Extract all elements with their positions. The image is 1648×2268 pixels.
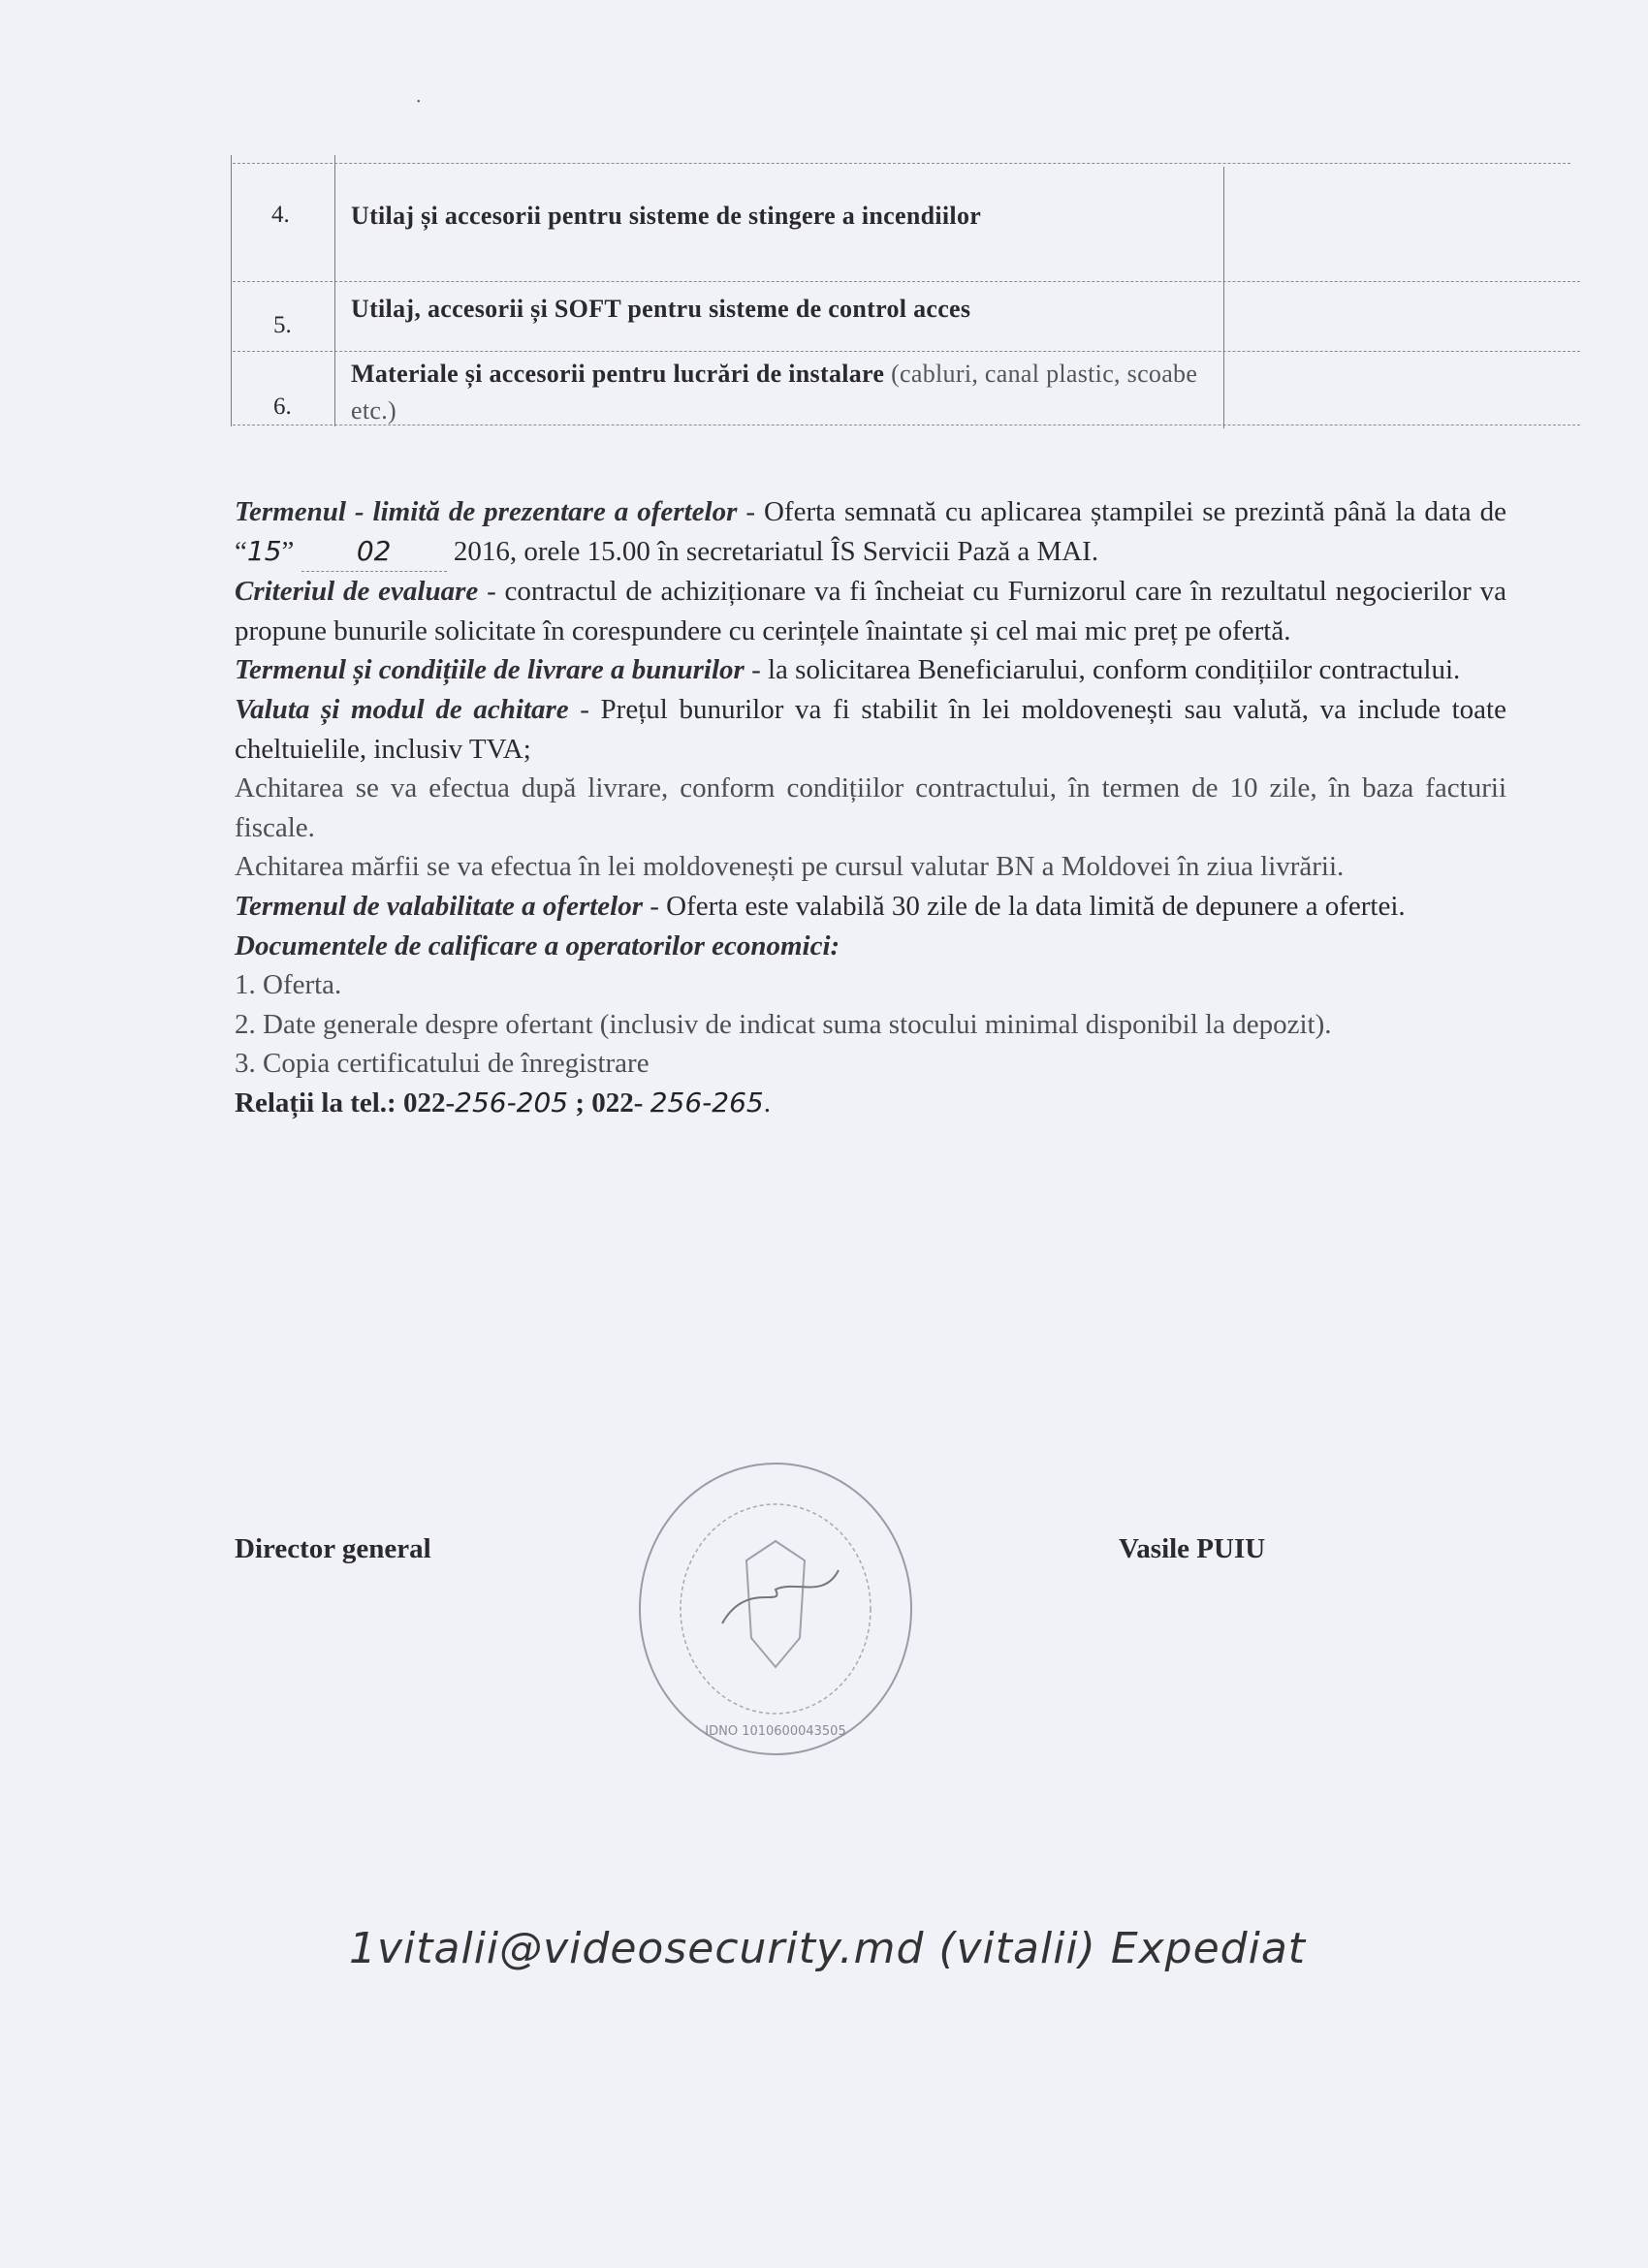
payment-paragraph-1: Achitarea se va efectua după livrare, co… [235, 769, 1506, 847]
row-description: Materiale și accesorii pentru lucrări de… [351, 356, 1204, 429]
row-description: Utilaj, accesorii și SOFT pentru sisteme… [351, 295, 970, 324]
deadline-quote: ” [282, 536, 301, 567]
deadline-month: 02 [301, 532, 447, 573]
deadline-day: 15 [247, 535, 282, 567]
row-description-main: Materiale și accesorii pentru lucrări de… [351, 360, 884, 388]
qualification-item: 1. Oferta. [235, 965, 1506, 1005]
signatory-title: Director general [235, 1533, 431, 1565]
validity-text: - Oferta este valabilă 30 zile de la dat… [643, 891, 1406, 922]
phone-1: 256-205 [455, 1087, 568, 1118]
handwritten-note: 1vitalii@videosecurity.md (vitalii) Expe… [349, 1924, 1306, 1973]
delivery-text: - la solicitarea Beneficiarului, conform… [745, 654, 1460, 685]
deadline-paragraph: Termenul - limită de prezentare a oferte… [235, 492, 1506, 572]
validity-paragraph: Termenul de valabilitate a ofertelor - O… [235, 887, 1506, 927]
qualification-label: Documentele de calificare a operatorilor… [235, 930, 840, 961]
qualification-item: 3. Copia certificatului de înregistrare [235, 1044, 1506, 1084]
table-border-top [233, 163, 1570, 164]
currency-label: Valuta și modul de achitare [235, 694, 569, 725]
official-stamp-icon: IDNO 1010600043505 [630, 1454, 921, 1764]
validity-label: Termenul de valabilitate a ofertelor [235, 891, 643, 922]
row-number: 4. [271, 202, 290, 229]
row-number: 6. [273, 394, 292, 421]
deadline-text-end: 2016, orele 15.00 în secretariatul ÎS Se… [447, 536, 1098, 567]
document-page: • 4. Utilaj și accesorii pentru sisteme … [0, 0, 1648, 2268]
row-number: 5. [273, 312, 292, 339]
payment-paragraph-2: Achitarea mărfii se va efectua în lei mo… [235, 847, 1506, 887]
table-row-divider [233, 281, 1580, 282]
contact-line: Relații la tel.: 022-256-205 ; 022- 256-… [235, 1084, 1506, 1123]
stamp-idno: IDNO 1010600043505 [705, 1724, 845, 1739]
criteria-paragraph: Criteriul de evaluare - contractul de ac… [235, 572, 1506, 650]
phone-end: . [764, 1087, 771, 1118]
table-row-divider [233, 351, 1580, 352]
currency-paragraph: Valuta și modul de achitare - Prețul bun… [235, 690, 1506, 769]
row-description: Utilaj și accesorii pentru sisteme de st… [351, 202, 981, 231]
phone-separator: ; 022- [568, 1087, 650, 1118]
qualification-item: 2. Date generale despre ofertant (inclus… [235, 1005, 1506, 1045]
document-body: Termenul - limită de prezentare a oferte… [235, 492, 1506, 1123]
delivery-label: Termenul și condițiile de livrare a bunu… [235, 654, 745, 685]
phone-prefix: 022- [396, 1087, 455, 1118]
phone-2: 256-265 [650, 1087, 764, 1118]
scan-mark: • [417, 97, 421, 108]
delivery-paragraph: Termenul și condițiile de livrare a bunu… [235, 650, 1506, 690]
signatory-name: Vasile PUIU [1119, 1533, 1265, 1565]
table-border-left [231, 155, 232, 426]
criteria-label: Criteriul de evaluare [235, 576, 478, 607]
deadline-label: Termenul - limită de prezentare a oferte… [235, 496, 737, 527]
table-col-divider [334, 155, 335, 426]
contact-label: Relații la tel.: [235, 1087, 396, 1118]
table-col-divider [1223, 167, 1224, 428]
qualification-heading: Documentele de calificare a operatorilor… [235, 927, 1506, 966]
